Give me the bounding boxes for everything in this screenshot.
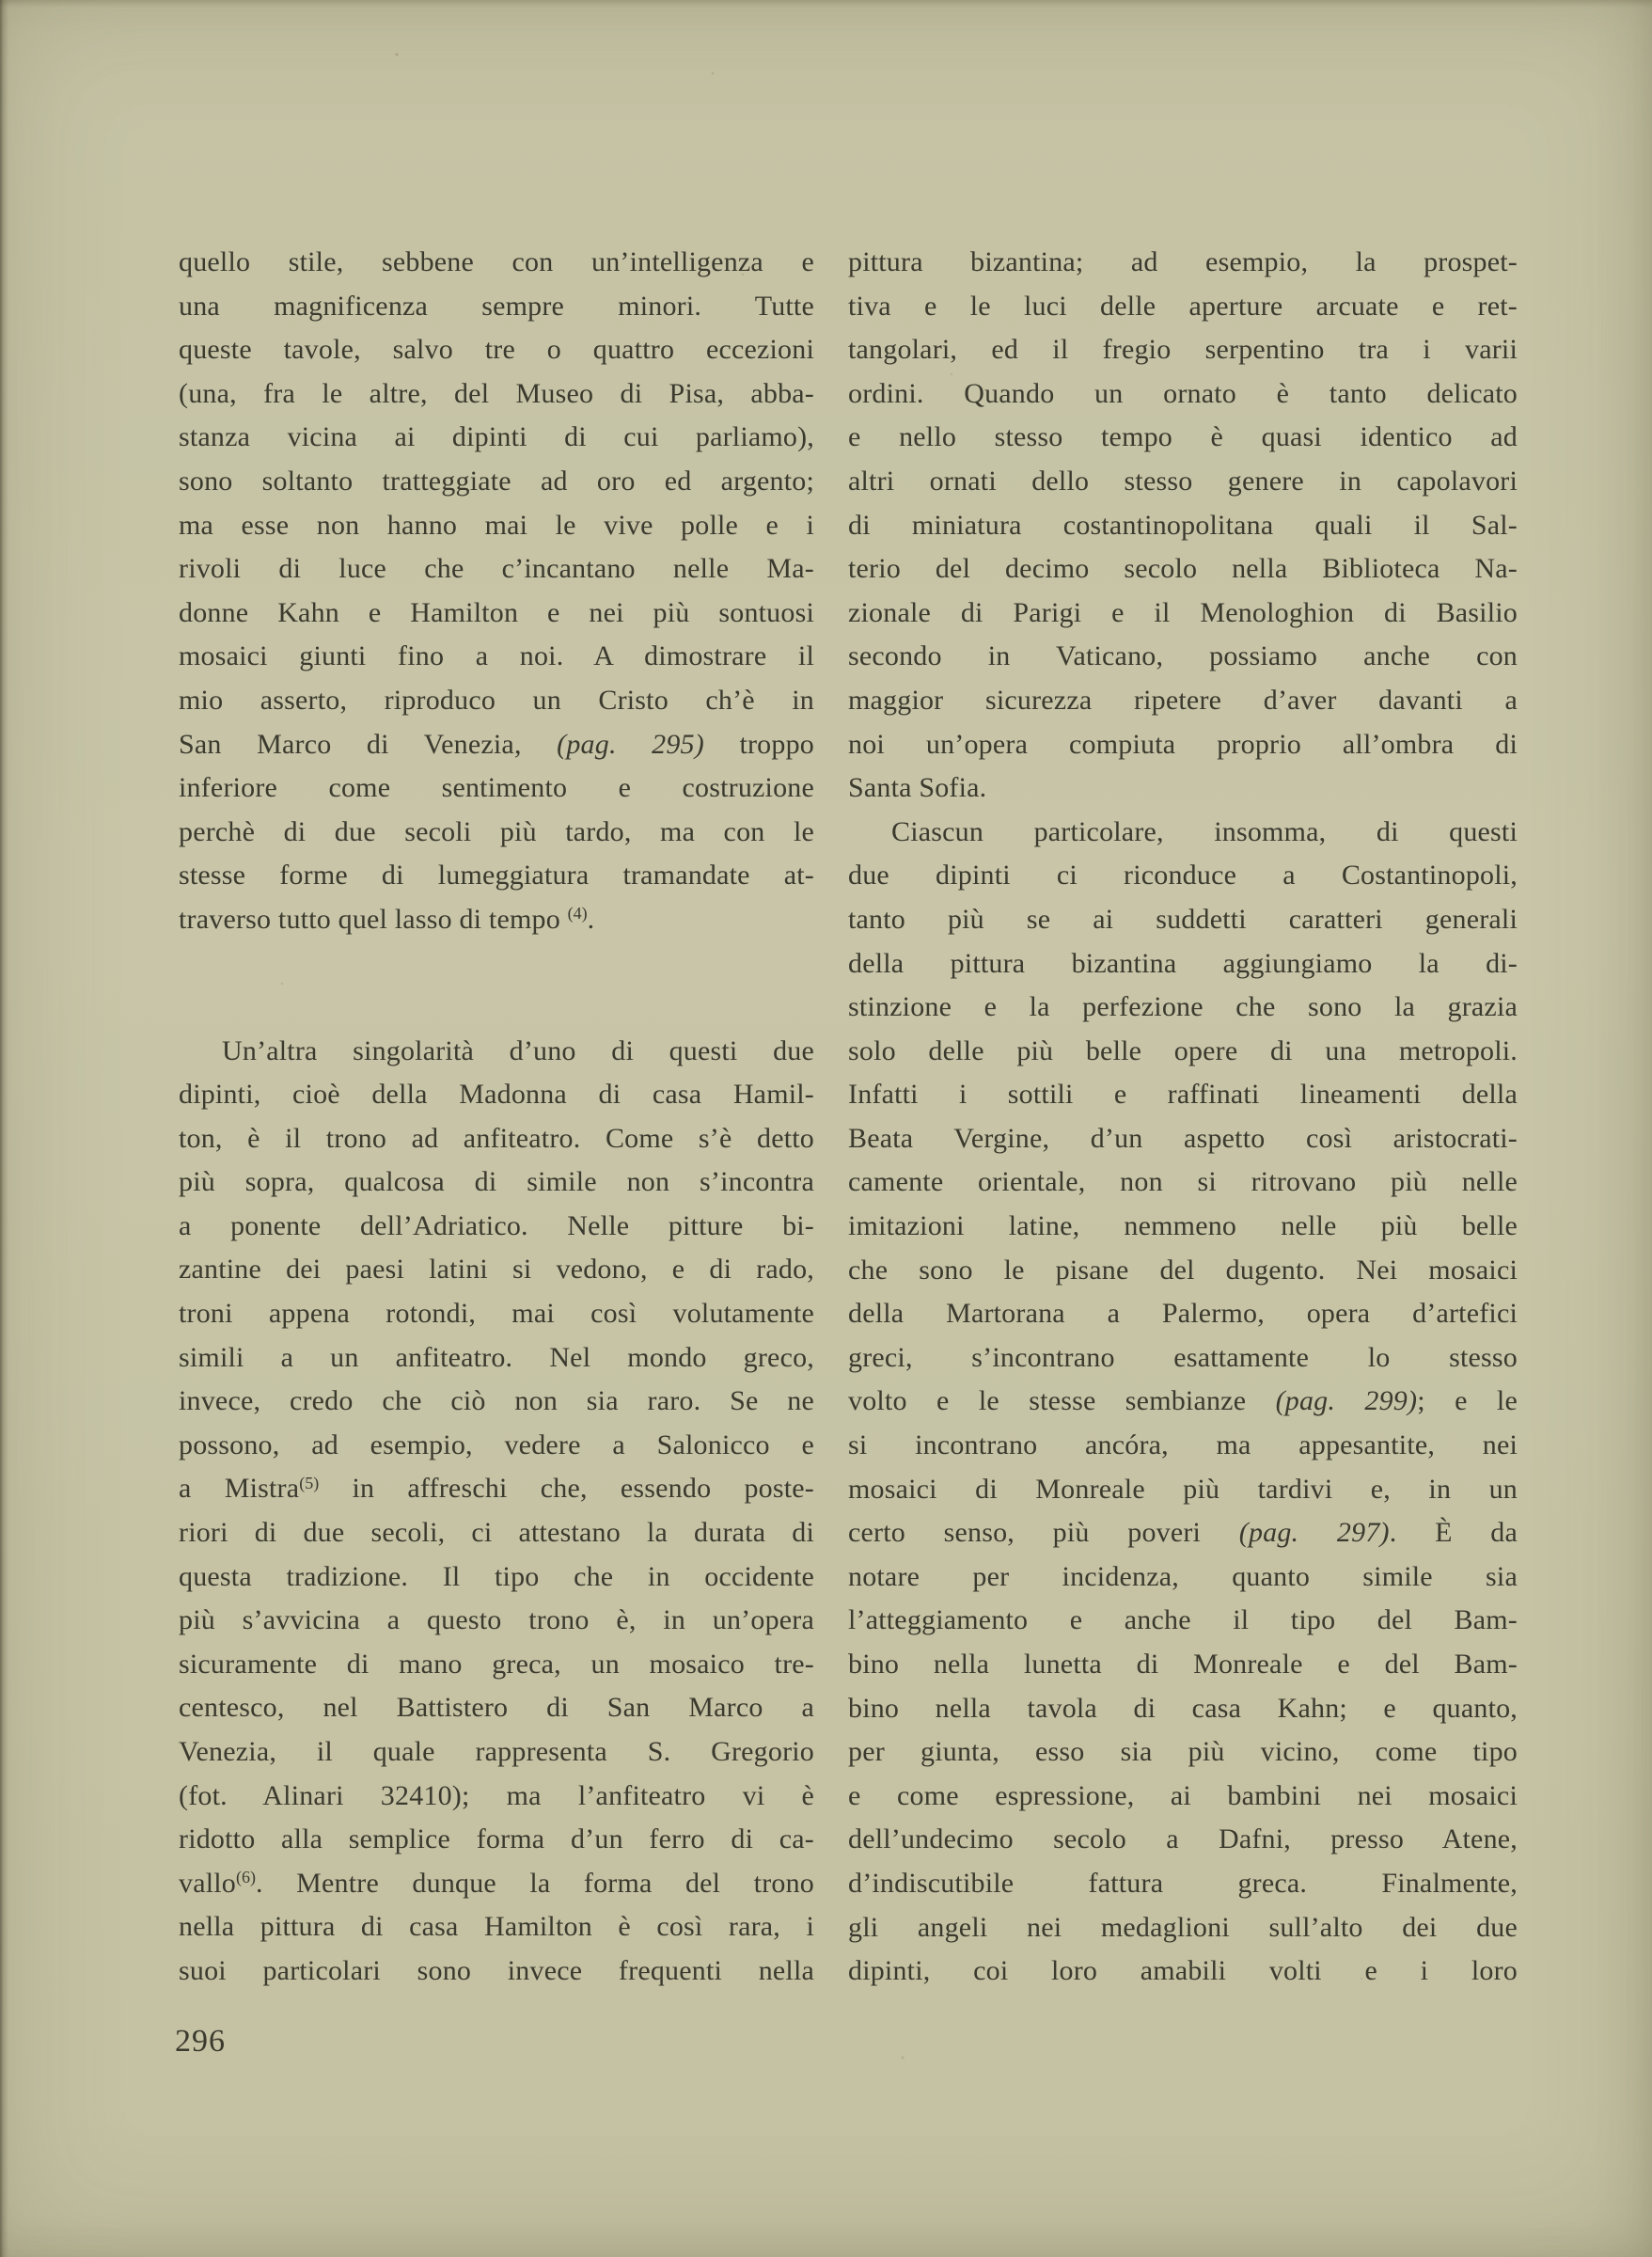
text-line: più s’avvicina a questo trono è, in un’o… xyxy=(179,1599,814,1643)
text-line: stinzione e la perfezione che sono la gr… xyxy=(848,986,1518,1030)
text-line: si incontrano ancóra, ma appesantite, ne… xyxy=(848,1424,1518,1468)
text-line: ton, è il trono ad anfiteatro. Come s’è … xyxy=(179,1117,814,1161)
text-line: Beata Vergine, d’un aspetto così aristoc… xyxy=(848,1117,1518,1161)
text-line: e nello stesso tempo è quasi identico ad xyxy=(848,416,1518,460)
text-line: a Mistra(5) in affreschi che, essendo po… xyxy=(179,1467,814,1511)
text-line: donne Kahn e Hamilton e nei più sontuosi xyxy=(179,592,814,636)
text-line: terio del decimo secolo nella Biblioteca… xyxy=(848,547,1518,592)
text-line: della pittura bizantina aggiungiamo la d… xyxy=(848,942,1518,986)
text-line: dell’undecimo secolo a Dafni, presso Ate… xyxy=(848,1818,1518,1862)
text-line: dipinti, coi loro amabili volti e i loro xyxy=(848,1949,1518,1994)
text-line: tangolari, ed il fregio serpentino tra i… xyxy=(848,328,1518,372)
text-line: sicuramente di mano greca, un mosaico tr… xyxy=(179,1643,814,1687)
book-page-scan: quello stile, sebbene con un’intelligenz… xyxy=(0,0,1652,2257)
text-line: centesco, nel Battistero di San Marco a xyxy=(179,1686,814,1730)
text-line: (fot. Alinari 32410); ma l’anfiteatro vi… xyxy=(179,1775,814,1819)
text-line: riori di due secoli, ci attestano la dur… xyxy=(179,1511,814,1555)
text-line: quello stile, sebbene con un’intelligenz… xyxy=(179,241,814,285)
text-line: più sopra, qualcosa di simile non s’inco… xyxy=(179,1160,814,1205)
text-line: questa tradizione. Il tipo che in occide… xyxy=(179,1555,814,1600)
text-line: ordini. Quando un ornato è tanto delicat… xyxy=(848,372,1518,417)
text-line: ma esse non hanno mai le vive polle e i xyxy=(179,504,814,548)
left-text-column: quello stile, sebbene con un’intelligenz… xyxy=(179,241,814,1994)
text-line: queste tavole, salvo tre o quattro eccez… xyxy=(179,328,814,372)
text-line: di miniatura costantinopolitana quali il… xyxy=(848,504,1518,548)
text-line: tiva e le luci delle aperture arcuate e … xyxy=(848,285,1518,329)
text-line: della Martorana a Palermo, opera d’artef… xyxy=(848,1292,1518,1336)
text-line: inferiore come sentimento e costruzione xyxy=(179,766,814,811)
text-line: imitazioni latine, nemmeno nelle più bel… xyxy=(848,1205,1518,1249)
text-line: greci, s’incontrano esattamente lo stess… xyxy=(848,1336,1518,1381)
text-line: troni appena rotondi, mai così volutamen… xyxy=(179,1292,814,1336)
text-line: mosaici di Monreale più tardivi e, in un xyxy=(848,1468,1518,1512)
text-line: nella pittura di casa Hamilton è così ra… xyxy=(179,1905,814,1949)
text-line: possono, ad esempio, vedere a Salonicco … xyxy=(179,1424,814,1468)
text-line: sono soltanto tratteggiate ad oro ed arg… xyxy=(179,460,814,504)
text-line: e come espressione, ai bambini nei mosai… xyxy=(848,1775,1518,1819)
text-line: simili a un anfiteatro. Nel mondo greco, xyxy=(179,1336,814,1381)
text-line: due dipinti ci riconduce a Costantinopol… xyxy=(848,854,1518,898)
text-line: noi un’opera compiuta proprio all’ombra … xyxy=(848,723,1518,767)
text-line: per giunta, esso sia più vicino, come ti… xyxy=(848,1730,1518,1775)
text-line: traverso tutto quel lasso di tempo (4). xyxy=(179,898,814,942)
text-line: certo senso, più poveri (pag. 297). È da xyxy=(848,1511,1518,1555)
text-line: ridotto alla semplice forma d’un ferro d… xyxy=(179,1818,814,1862)
text-line: camente orientale, non si ritrovano più … xyxy=(848,1160,1518,1205)
text-line: invece, credo che ciò non sia raro. Se n… xyxy=(179,1380,814,1424)
page-number: 296 xyxy=(175,2024,226,2060)
text-line: perchè di due secoli più tardo, ma con l… xyxy=(179,811,814,855)
text-line: dipinti, cioè della Madonna di casa Hami… xyxy=(179,1073,814,1117)
text-line: rivoli di luce che c’incantano nelle Ma- xyxy=(179,547,814,592)
text-line: altri ornati dello stesso genere in capo… xyxy=(848,460,1518,504)
text-line: stesse forme di lumeggiatura tramandate … xyxy=(179,854,814,898)
text-line: notare per incidenza, quanto simile sia xyxy=(848,1555,1518,1600)
text-line: (una, fra le altre, del Museo di Pisa, a… xyxy=(179,372,814,417)
text-line: Infatti i sottili e raffinati lineamenti… xyxy=(848,1073,1518,1117)
text-line: bino nella tavola di casa Kahn; e quanto… xyxy=(848,1687,1518,1731)
text-line: mio asserto, riproduco un Cristo ch’è in xyxy=(179,679,814,723)
text-line: solo delle più belle opere di una metrop… xyxy=(848,1030,1518,1074)
text-line: tanto più se ai suddetti caratteri gener… xyxy=(848,898,1518,942)
text-line: zantine dei paesi latini si vedono, e di… xyxy=(179,1248,814,1292)
text-line: San Marco di Venezia, (pag. 295) troppo xyxy=(179,723,814,767)
text-line: suoi particolari sono invece frequenti n… xyxy=(179,1949,814,1994)
text-line: mosaici giunti fino a noi. A dimostrare … xyxy=(179,635,814,679)
text-line: gli angeli nei medaglioni sull’alto dei … xyxy=(848,1906,1518,1950)
text-line: Un’altra singolarità d’uno di questi due xyxy=(179,1030,814,1074)
text-line: che sono le pisane del dugento. Nei mosa… xyxy=(848,1249,1518,1293)
right-text-column: pittura bizantina; ad esempio, la prospe… xyxy=(848,241,1518,1994)
text-line: a ponente dell’Adriatico. Nelle pitture … xyxy=(179,1205,814,1249)
text-line: stanza vicina ai dipinti di cui parliamo… xyxy=(179,416,814,460)
text-line: secondo in Vaticano, possiamo anche con xyxy=(848,635,1518,679)
text-line: Ciascun particolare, insomma, di questi xyxy=(848,811,1518,855)
text-line: Venezia, il quale rappresenta S. Gregori… xyxy=(179,1730,814,1775)
text-line: Santa Sofia. xyxy=(848,766,1518,811)
text-line: l’atteggiamento e anche il tipo del Bam- xyxy=(848,1599,1518,1643)
text-line: bino nella lunetta di Monreale e del Bam… xyxy=(848,1643,1518,1687)
text-line: pittura bizantina; ad esempio, la prospe… xyxy=(848,241,1518,285)
text-line: volto e le stesse sembianze (pag. 299); … xyxy=(848,1380,1518,1424)
text-line: d’indiscutibile fattura greca. Finalment… xyxy=(848,1862,1518,1906)
text-line: maggior sicurezza ripetere d’aver davant… xyxy=(848,679,1518,723)
text-line: zionale di Parigi e il Menologhion di Ba… xyxy=(848,592,1518,636)
text-line: una magnificenza sempre minori. Tutte xyxy=(179,285,814,329)
text-line: vallo(6). Mentre dunque la forma del tro… xyxy=(179,1862,814,1906)
